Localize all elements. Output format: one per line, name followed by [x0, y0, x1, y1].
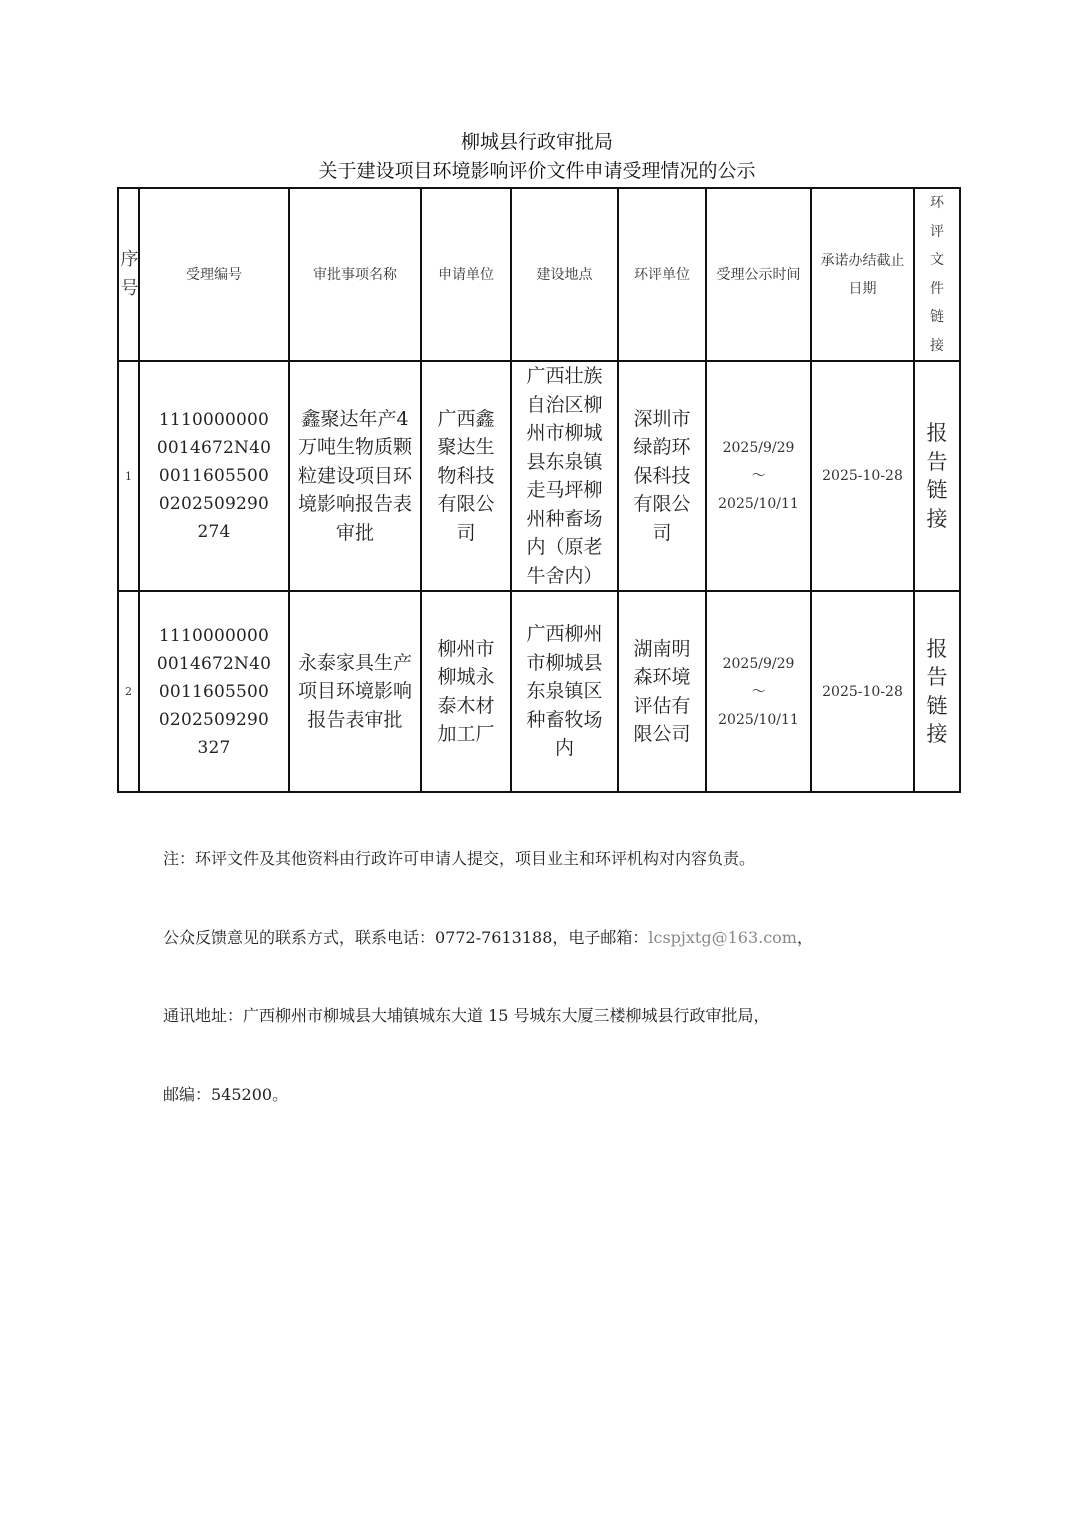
header-file-link: 环评文件链接	[914, 188, 960, 361]
cell-publicity-time: 2025/9/29 ～ 2025/10/11	[706, 591, 811, 792]
cell-seq: 1	[118, 361, 139, 591]
cell-eia-unit: 湖南明森环境评估有限公司	[618, 591, 706, 792]
cell-file-link: 报告链接	[914, 361, 960, 591]
header-publicity-time: 受理公示时间	[706, 188, 811, 361]
contact-email: lcspjxtg@163.com	[648, 928, 797, 947]
cell-item-name: 鑫聚达年产4万吨生物质颗粒建设项目环境影响报告表审批	[289, 361, 421, 591]
cell-location: 广西壮族自治区柳州市柳城县东泉镇走马坪柳州种畜场内（原老牛舍内）	[511, 361, 618, 591]
report-link[interactable]: 报告链接	[926, 419, 948, 533]
cell-file-link: 报告链接	[914, 591, 960, 792]
cell-publicity-time: 2025/9/29 ～ 2025/10/11	[706, 361, 811, 591]
publicity-end: 2025/10/11	[707, 490, 810, 518]
cell-location: 广西柳州市柳城县东泉镇区种畜牧场内	[511, 591, 618, 792]
publicity-separator: ～	[707, 462, 810, 490]
header-applicant: 申请单位	[421, 188, 511, 361]
header-eia-unit: 环评单位	[618, 188, 706, 361]
header-deadline: 承诺办结截止日期	[811, 188, 914, 361]
contact-info: 公众反馈意见的联系方式，联系电话：0772-7613188，电子邮箱：lcspj…	[163, 925, 813, 948]
cell-seq: 2	[118, 591, 139, 792]
header-acceptance-no: 受理编号	[139, 188, 289, 361]
postcode: 邮编：545200。	[163, 1082, 288, 1105]
contact-suffix: ，	[797, 928, 813, 947]
header-location: 建设地点	[511, 188, 618, 361]
header-seq: 序号	[118, 188, 139, 361]
acceptance-table: 序号 受理编号 审批事项名称 申请单位 建设地点 环评单位 受理公示时间 承诺办…	[117, 187, 961, 793]
header-item-name: 审批事项名称	[289, 188, 421, 361]
publicity-end: 2025/10/11	[707, 706, 810, 734]
table-row: 2 11100000000014672N40001160550002025092…	[118, 591, 960, 792]
cell-eia-unit: 深圳市绿韵环保科技有限公司	[618, 361, 706, 591]
document-title: 柳城县行政审批局 关于建设项目环境影响评价文件申请受理情况的公示	[0, 128, 1074, 186]
cell-applicant: 柳州市柳城永泰木材加工厂	[421, 591, 511, 792]
mailing-address: 通讯地址：广西柳州市柳城县大埔镇城东大道 15 号城东大厦三楼柳城县行政审批局，	[163, 1003, 770, 1026]
contact-phone-text: 公众反馈意见的联系方式，联系电话：0772-7613188，电子邮箱：	[163, 928, 648, 947]
cell-deadline: 2025-10-28	[811, 591, 914, 792]
disclaimer-note: 注：环评文件及其他资料由行政许可申请人提交，项目业主和环评机构对内容负责。	[163, 846, 755, 869]
cell-applicant: 广西鑫聚达生物科技有限公司	[421, 361, 511, 591]
publicity-start: 2025/9/29	[707, 650, 810, 678]
cell-deadline: 2025-10-28	[811, 361, 914, 591]
cell-acceptance-no: 11100000000014672N4000116055000202509290…	[139, 361, 289, 591]
publicity-separator: ～	[707, 678, 810, 706]
table-header-row: 序号 受理编号 审批事项名称 申请单位 建设地点 环评单位 受理公示时间 承诺办…	[118, 188, 960, 361]
notice-title: 关于建设项目环境影响评价文件申请受理情况的公示	[0, 157, 1074, 186]
issuing-agency-title: 柳城县行政审批局	[0, 128, 1074, 157]
cell-item-name: 永泰家具生产项目环境影响报告表审批	[289, 591, 421, 792]
cell-acceptance-no: 11100000000014672N4000116055000202509290…	[139, 591, 289, 792]
publicity-start: 2025/9/29	[707, 434, 810, 462]
report-link[interactable]: 报告链接	[926, 635, 948, 749]
table-row: 1 11100000000014672N40001160550002025092…	[118, 361, 960, 591]
